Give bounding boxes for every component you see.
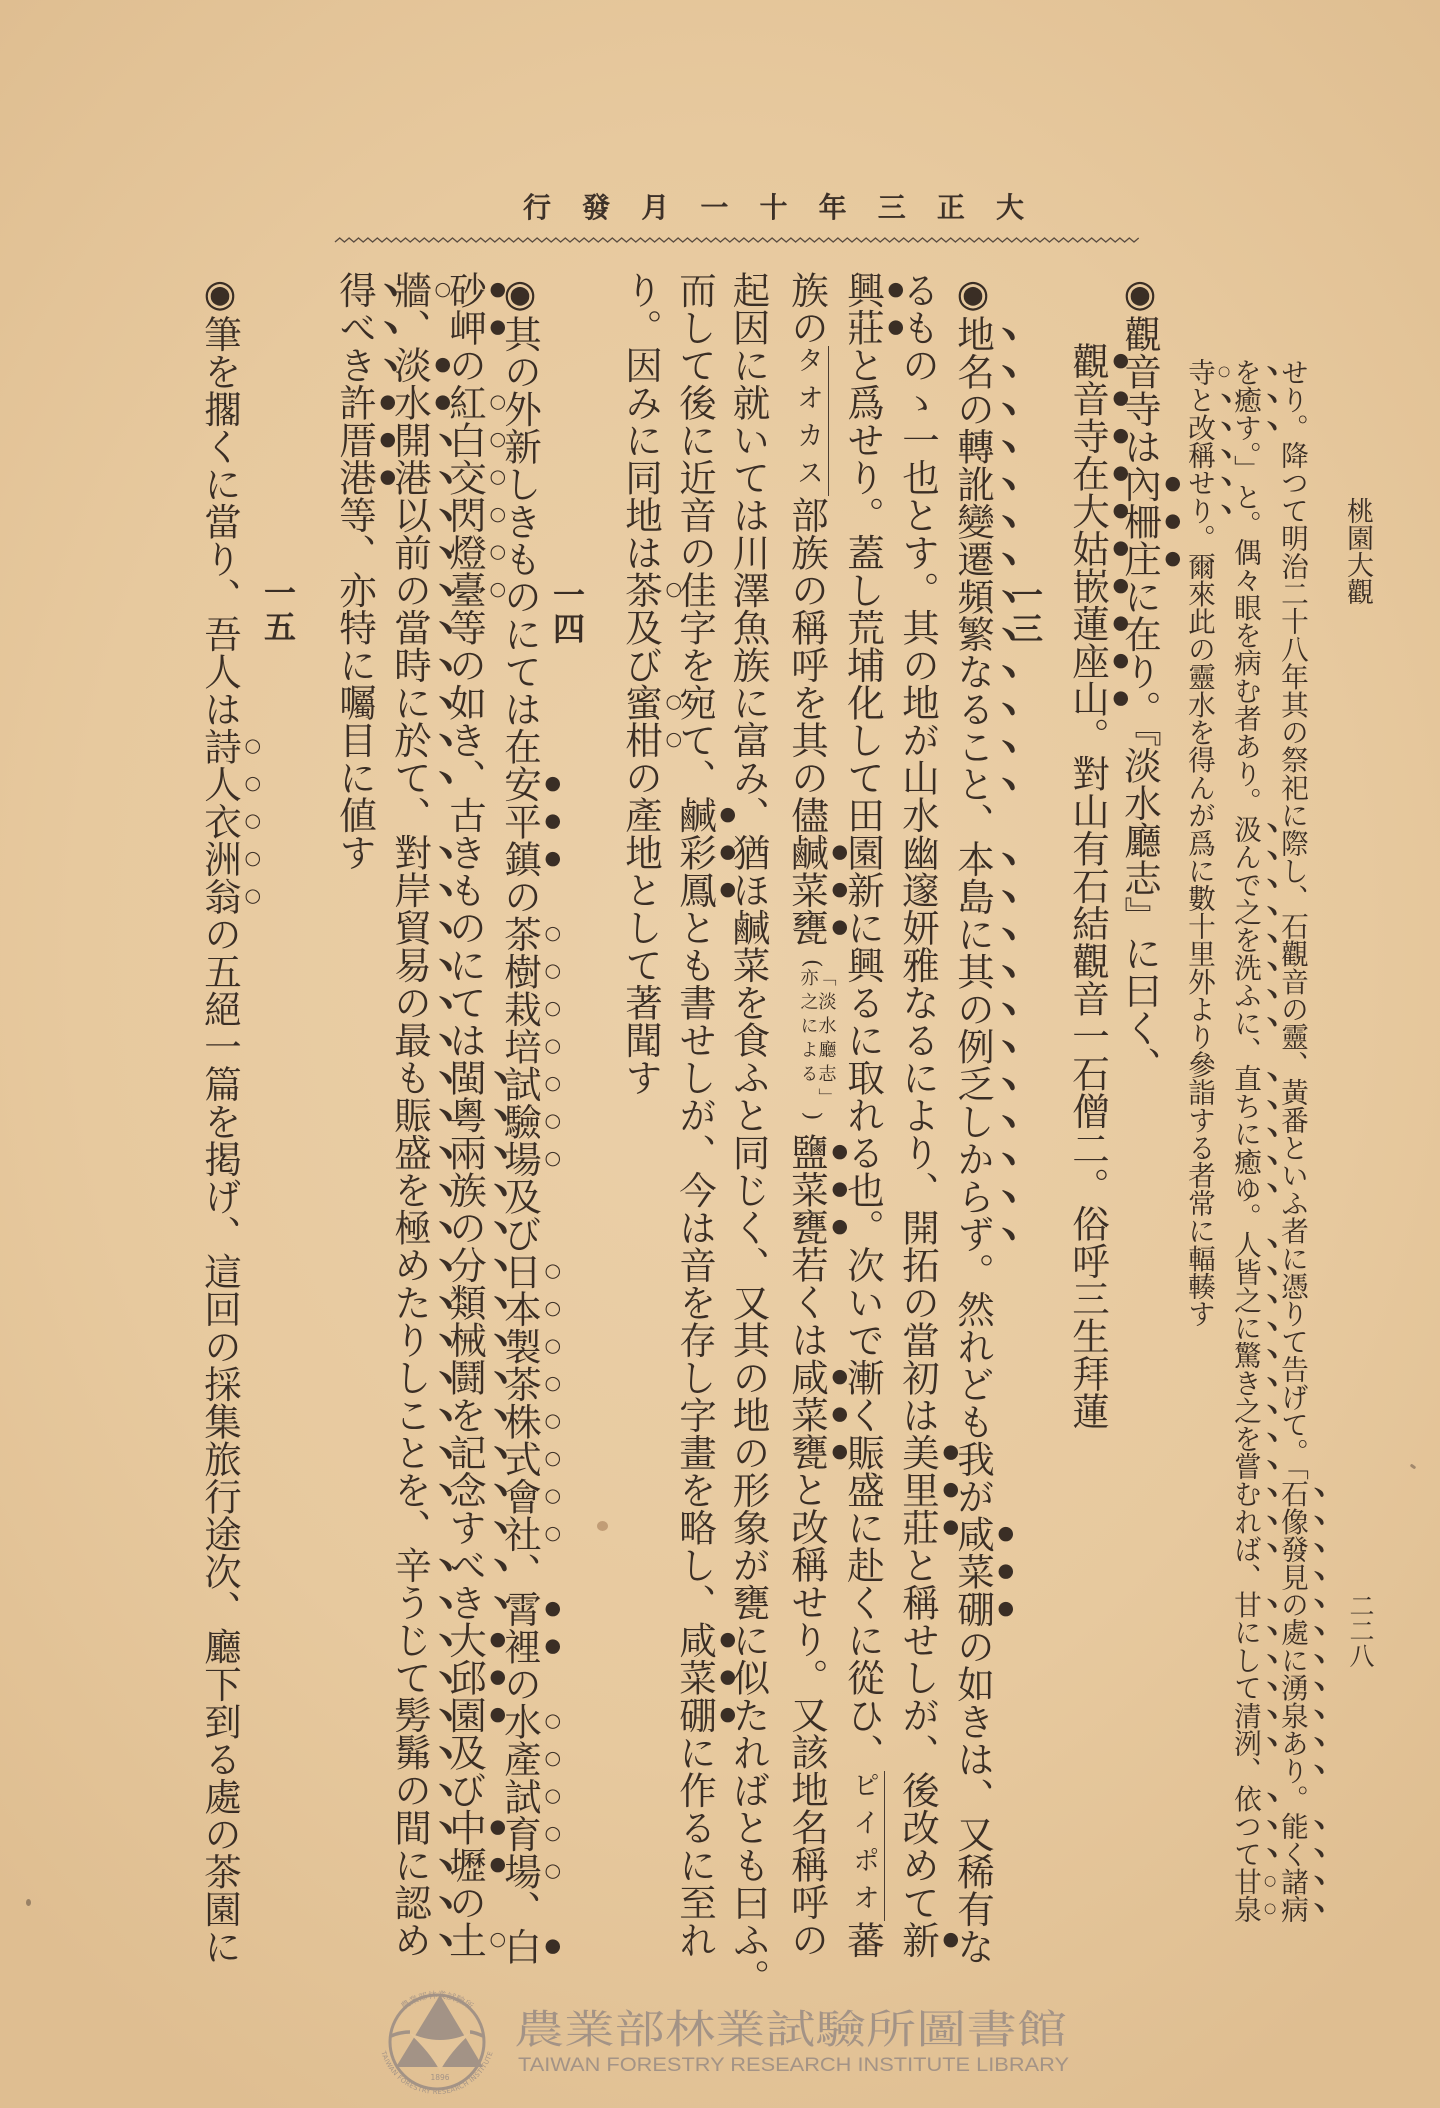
library-watermark: 農業部林業試驗所 TAIWAN FORESTRY RESEARCH INSTIT… [360,1970,1080,2105]
text-run: 。爾來此の靈水を得んが爲に數十里外より參詣する者常に輻輳す [1183,524,1216,1327]
text-run: 族の [785,271,829,346]
text-run: り。因みに同地は [619,271,663,571]
library-name: 農業部林業試驗所圖書館 [514,2007,1067,2053]
text-column: 族のタオカス部族の稱呼を其の儘鹹菜甕(「淡水廳志」亦之による)鹽菜甕若くは咸菜甕… [785,271,851,1958]
inline-annotation: (「淡水廳志」亦之による) [799,946,835,1133]
emphasized-text-sesame: と改稱せり [1183,386,1216,525]
header-character: 行 [523,194,551,222]
text-column: ◉筆を擱くに當り、吾人は詩人衣洲翁の五絕一篇を掲げ、這回の採集旅行途次、廳下到る… [198,271,264,1965]
institute-logo: 農業部林業試驗所 TAIWAN FORESTRY RESEARCH INSTIT… [379,1989,495,2096]
emphasized-text-dot: 許厝港 [333,384,377,497]
header-character: 一 [700,194,728,222]
text-run: ◉筆を擱くに當り、吾人は [198,271,242,728]
text-column-quote: せり。降つて明治二十八年其の祭祀に際し、石觀音の靈、黃番といふ者に憑りて告げて。… [1276,358,1329,1923]
text-run: 若くは [785,1246,829,1359]
emphasized-text-dot: 鹹菜甕 [785,834,829,947]
paper-stain [597,1521,608,1531]
text-run: 部族の稱呼を其の儘 [785,496,829,834]
annotation-line: 亦之による [799,968,817,1112]
header-character: 年 [819,194,847,222]
text-run: に作るに至れ [673,1734,717,1959]
text-run: 及び [619,609,663,684]
header-character: 月 [641,194,669,222]
text-column-citation: 觀音寺在大姑嵌蓮座山。對山有石結觀音一石僧二。俗呼三生拜蓮 [1066,342,1132,1430]
text-run: の產地として著聞す [619,759,663,1097]
emphasized-text-circle: 甘泉 [1229,1868,1262,1923]
annotation-body: 「淡水廳志」亦之による [799,968,835,1112]
header-character: 正 [937,194,965,222]
emphasized-text-sesame: 辛うじて髣髴の間に認め [388,1546,432,1959]
text-column-quote: 寺と改稱せり。爾來此の靈水を得んが爲に數十里外より參詣する者常に輻輳す [1183,358,1236,1328]
text-column-quote: を癒す。」と。偶々眼を病む者あり。汲んで之を洗ふに、直ちに癒ゆ。人皆之に驚き之を… [1229,358,1282,1923]
scanned-page: 桃園大觀 二二八 大正三年十一月發行 せり。降つて明治二十八年其の祭祀に際し、石… [0,0,1440,2108]
text-column: 得べき許厝港等、亦特に囑目に値す [333,271,404,871]
header-character: 三 [878,194,906,222]
emphasized-text-circle: 茶 [619,571,663,609]
text-run: と改稱せり。又該地名稱呼の [785,1471,829,1959]
header-character: 十 [760,194,788,222]
annotation-open-paren: ( [800,959,825,968]
emphasized-text-sesame: 得べき [333,271,377,384]
annotation-close-paren: ) [800,1112,825,1121]
proper-noun-kana: ピイポオ [848,1771,885,1921]
header-character: 大 [996,194,1024,222]
text-run: 等、亦特に囑目に値す [333,496,377,871]
logo-year: 1896 [430,2073,449,2082]
emphasized-text-circle: 蜜柑 [619,684,663,759]
proper-noun-kana: タオカス [792,346,829,496]
wavy-rule [335,237,1145,243]
header-character: 發 [582,194,610,222]
text-column: り。因みに同地は茶及び蜜柑の產地として著聞す [619,271,685,1096]
library-name-english: TAIWAN FORESTRY RESEARCH INSTITUTE LIBRA… [518,2055,1069,2076]
emphasized-text-dot: 咸菜硼 [673,1621,717,1734]
emphasized-text-sesame: 對岸貿易の最も賑盛を極めたりしことを [388,834,432,1509]
section-heading: 一五 [262,576,294,644]
text-run: 。對山有石結觀音一石僧二。俗呼三生拜蓮 [1066,717,1110,1430]
text-run: の五絕一篇を掲げ、這回の採集旅行途次、廳下到る處の茶園に [198,915,242,1965]
emphasized-text-dot: 咸菜甕 [785,1358,829,1471]
annotation-line: 「淡水廳志」 [817,968,835,1112]
publication-date-header: 大正三年十一月發行 [523,194,1024,222]
text-run: 、 [388,1509,432,1547]
paper-speck [1410,1464,1417,1470]
emphasized-text-dot: 鹽菜甕 [785,1133,829,1246]
running-head: 桃園大觀 [1344,497,1371,605]
emphasized-text-circle: 寺 [1183,358,1216,386]
emphasized-text-dot: 觀音寺在大姑嵌蓮座山 [1066,342,1110,717]
paper-speck [26,1899,31,1906]
page-number: 二二八 [1348,1593,1373,1668]
emphasized-text-circle: 詩人衣洲翁 [198,728,242,916]
